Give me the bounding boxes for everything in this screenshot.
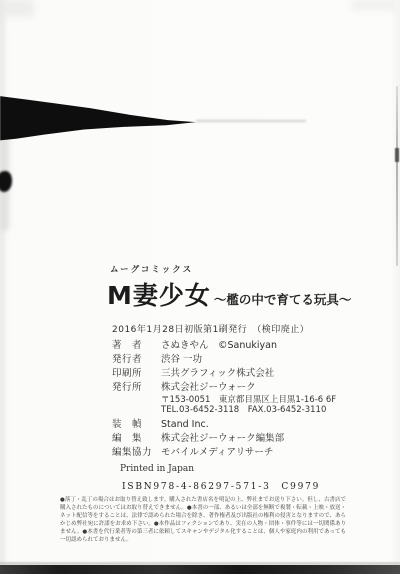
title-row: M妻少女 〜檻の中で育てる玩具〜 bbox=[107, 276, 351, 312]
book-title: M妻少女 bbox=[107, 276, 211, 312]
credit-value: モバイルメディアリサーチ bbox=[161, 447, 273, 458]
isbn-code: ISBN978-4-86297-571-3 C9979 bbox=[122, 479, 320, 492]
credit-label: 装 幀 bbox=[112, 418, 154, 432]
printed-in-japan: Printed in Japan bbox=[120, 464, 194, 474]
publisher-phone: TEL.03-6452-3118 FAX.03-6452-3110 bbox=[161, 406, 336, 416]
credit-value: さぬきやん ©Sanukiyan bbox=[161, 340, 277, 351]
credit-value: 三共グラフィック株式会社 bbox=[161, 368, 274, 379]
edition-line: 2016年1月28日初版第1刷発行 （検印廃止） bbox=[112, 322, 309, 335]
credit-value: 株式会社ジーウォーク bbox=[161, 382, 256, 393]
credit-row-editing-support: 編集協力モバイルメディアリサーチ bbox=[112, 446, 336, 460]
credit-label: 編 集 bbox=[112, 432, 154, 446]
credit-label: 印刷所 bbox=[112, 367, 154, 381]
credit-value: Stand Inc. bbox=[161, 419, 209, 430]
credit-value: 渋谷 一功 bbox=[161, 354, 202, 365]
credit-value: 株式会社ジーウォーク編集部 bbox=[161, 433, 284, 444]
credits-block: 著 者さぬきやん ©Sanukiyan 発行者渋谷 一功 印刷所三共グラフィック… bbox=[112, 339, 336, 460]
credit-label: 発行所 bbox=[112, 381, 154, 395]
credit-row-design: 装 幀Stand Inc. bbox=[112, 418, 336, 432]
credit-row-publisher-person: 発行者渋谷 一功 bbox=[112, 353, 336, 367]
credit-row-publisher-company: 発行所株式会社ジーウォーク bbox=[112, 381, 336, 395]
book-subtitle: 〜檻の中で育てる玩具〜 bbox=[214, 290, 352, 308]
colophon-page: ムーグコミックス M妻少女 〜檻の中で育てる玩具〜 2016年1月28日初版第1… bbox=[0, 0, 400, 574]
credit-label: 編集協力 bbox=[112, 446, 154, 460]
credit-label: 発行者 bbox=[112, 353, 154, 367]
credit-row-editing: 編 集株式会社ジーウォーク編集部 bbox=[112, 432, 336, 446]
credit-label: 著 者 bbox=[112, 339, 154, 353]
credit-row-author: 著 者さぬきやん ©Sanukiyan bbox=[112, 339, 336, 353]
legal-fine-print: ●落丁・乱丁の場合はお取り替え致します。購入された書店名を明記の上、弊社までお送… bbox=[60, 497, 346, 544]
colophon-content: ムーグコミックス M妻少女 〜檻の中で育てる玩具〜 2016年1月28日初版第1… bbox=[0, 0, 400, 574]
series-label: ムーグコミックス bbox=[110, 263, 193, 275]
credit-row-printer: 印刷所三共グラフィック株式会社 bbox=[112, 367, 336, 381]
